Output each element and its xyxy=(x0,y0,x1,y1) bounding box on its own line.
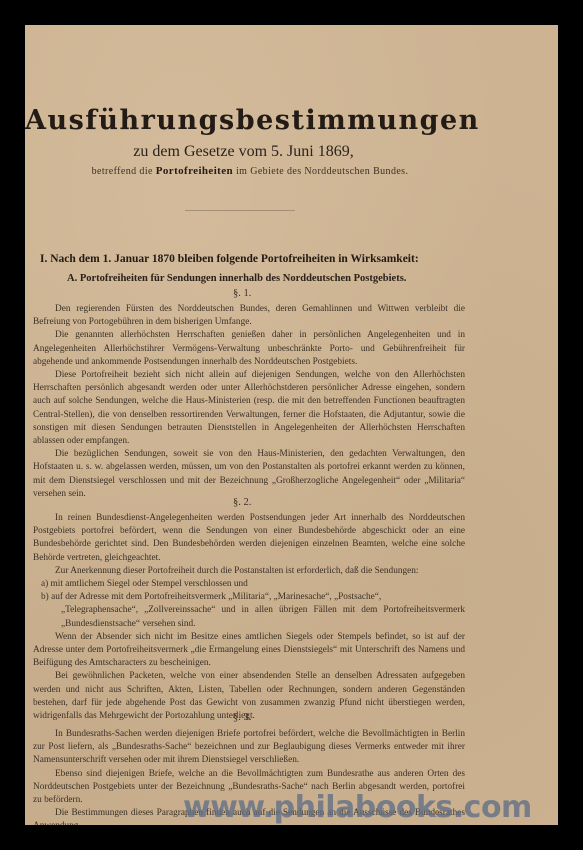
section-2-item-b: b) auf der Adresse mit dem Portofreiheit… xyxy=(33,591,465,604)
subtitle2-pre: betreffend die xyxy=(92,166,153,177)
section-3-para-1: In Bundesraths-Sachen werden diejenigen … xyxy=(33,728,465,768)
section-2-para-2: Zur Anerkennung dieser Portofreiheit dur… xyxy=(33,565,465,578)
watermark: www.philabooks.com xyxy=(183,790,532,825)
section-2-item-b-cont: „Telegraphensache“, „Zollvereinssache“ u… xyxy=(33,604,465,630)
section-1-para-4: Die bezüglichen Sendungen, soweit sie vo… xyxy=(33,448,465,501)
heading-section-A: A. Portofreiheiten für Sendungen innerha… xyxy=(67,273,406,284)
section-2-para-3: Wenn der Absender sich nicht im Besitze … xyxy=(33,631,465,671)
document-subtitle-line2: betreffend die Portofreiheiten im Gebiet… xyxy=(35,165,465,177)
section-1-para-2: Die genannten allerhöchsten Herrschaften… xyxy=(33,329,465,369)
paragraph-mark-3: §. 3. xyxy=(233,712,251,723)
document-title: Ausführungsbestimmungen xyxy=(25,105,462,136)
section-2-text: In reinen Bundesdienst-Angelegenheiten w… xyxy=(33,512,465,723)
section-2-item-a: a) mit amtlichem Siegel oder Stempel ver… xyxy=(33,578,465,591)
heading-part-I: I. Nach dem 1. Januar 1870 bleiben folge… xyxy=(40,253,419,265)
section-1-para-3: Diese Portofreiheit bezieht sich nicht a… xyxy=(33,369,465,448)
subtitle2-bold: Portofreiheiten xyxy=(156,165,233,177)
section-1-text: Den regierenden Fürsten des Norddeutsche… xyxy=(33,303,465,501)
paragraph-mark-2: §. 2. xyxy=(233,497,251,508)
section-1-para-1: Den regierenden Fürsten des Norddeutsche… xyxy=(33,303,465,329)
document-subtitle: zu dem Gesetze vom 5. Juni 1869, xyxy=(25,143,462,161)
divider-rule xyxy=(185,210,295,211)
section-2-para-1: In reinen Bundesdienst-Angelegenheiten w… xyxy=(33,512,465,565)
document-page: Ausführungsbestimmungen zu dem Gesetze v… xyxy=(25,25,558,825)
paragraph-mark-1: §. 1. xyxy=(233,288,251,299)
subtitle2-post: im Gebiete des Norddeutschen Bundes. xyxy=(236,166,408,177)
